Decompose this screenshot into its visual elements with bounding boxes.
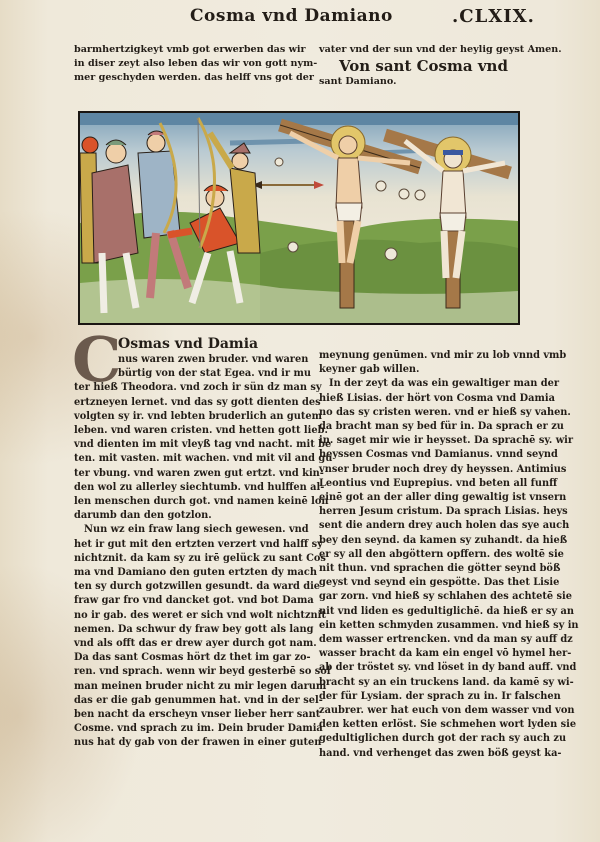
text-line: zaubrer. wer hat euch von dem wasser vnd… bbox=[319, 704, 541, 718]
text-line: gar zorn. vnd hieß sy schlahen des achte… bbox=[319, 590, 541, 604]
text-line: barmhertzigkeyt vmb got erwerben das wir bbox=[74, 43, 289, 57]
text-line: nemen. Da schwur dy fraw bey gott als la… bbox=[74, 623, 296, 637]
text-line: het ir gut mit den ertzten verzert vnd h… bbox=[74, 538, 296, 552]
text-line: sent die andern drey auch holen das sye … bbox=[319, 519, 541, 533]
text-line: volgten sy ir. vnd lebten bruderlich an … bbox=[74, 410, 296, 424]
text-line: ren. vnd sprach. wenn wir beyd gesterbē … bbox=[74, 665, 296, 679]
martyrdom-scene-image bbox=[80, 113, 518, 323]
text-line: gedultiglichen durch got der rach sy auc… bbox=[319, 732, 541, 746]
text-line: in. saget mir wie ir heysset. Da sprachē… bbox=[319, 434, 541, 448]
text-line: bracht sy an ein truckens land. da kamē … bbox=[319, 676, 541, 690]
text-line: ma vnd Damiano den guten ertzten dy mach bbox=[74, 566, 296, 580]
text-line: geyst vnd seynd ein gespötte. Das thet L… bbox=[319, 576, 541, 590]
text-line: den ketten erlöst. Sie schmehen wort lyd… bbox=[319, 718, 541, 732]
drop-cap-initial: C bbox=[72, 329, 121, 391]
text-line: sant Damiano. bbox=[319, 75, 529, 89]
text-line: vnser bruder noch drey dy heyssen. Antim… bbox=[319, 463, 541, 477]
text-line: len menschen durch got. vnd namen keinē … bbox=[74, 495, 296, 509]
text-line: leben. vnd waren cristen. vnd hetten got… bbox=[74, 424, 296, 438]
text-line: heyssen Cosmas vnd Damianus. vnnd seynd bbox=[319, 448, 541, 462]
text-line: hieß Lisias. der hört von Cosma vnd Dami… bbox=[319, 392, 541, 406]
top-left-text: barmhertzigkeyt vmb got erwerben das wir… bbox=[74, 43, 289, 85]
text-line: ben nacht da erscheyn vnser lieber herr … bbox=[74, 708, 296, 722]
left-column: C Osmas vnd Damia nus waren zwen bruder.… bbox=[74, 333, 296, 751]
text-line: er sy all den abgöttern opffern. des wol… bbox=[319, 548, 541, 562]
paragraph-start: In der zeyt da was ein gewaltiger man de… bbox=[319, 377, 541, 391]
running-head: Cosma vnd Damiano bbox=[190, 6, 393, 26]
text-line: ertzneyen lernet. vnd das sy gott diente… bbox=[74, 396, 296, 410]
text-line: da bracht man sy bed für in. Da sprach e… bbox=[319, 420, 541, 434]
woodcut-illustration bbox=[78, 111, 520, 325]
text-line: vnd als offt das er drew ayer durch got … bbox=[74, 637, 296, 651]
text-line: darumb dan den gotzlon. bbox=[74, 509, 296, 523]
text-line: bey den seynd. da kamen sy zuhandt. da h… bbox=[319, 534, 541, 548]
text-line: hand. vnd verhenget das zwen böß geyst k… bbox=[319, 747, 541, 761]
text-line: man meinen bruder nicht zu mir legen dar… bbox=[74, 680, 296, 694]
text-line: vnd dienten im mit vleyß tag vnd nacht. … bbox=[74, 438, 296, 452]
text-line: nus hat dy gab von der frawen in einer g… bbox=[74, 736, 296, 750]
main-text-columns: C Osmas vnd Damia nus waren zwen bruder.… bbox=[74, 333, 534, 773]
text-line: ten. mit vasten. mit wachen. vnd mit vil… bbox=[74, 452, 296, 466]
text-line: wasser bracht da kam ein engel vō hymel … bbox=[319, 647, 541, 661]
text-line: ten sy durch gotzwillen gesundt. da ward… bbox=[74, 580, 296, 594]
text-line: vater vnd der sun vnd der heylig geyst A… bbox=[319, 43, 529, 57]
text-line: der für Lysiam. der sprach zu in. Ir fal… bbox=[319, 690, 541, 704]
text-line: no das sy cristen weren. vnd er hieß sy … bbox=[319, 406, 541, 420]
section-heading: Von sant Cosma vnd bbox=[319, 57, 529, 75]
text-line: das er die gab genummen hat. vnd in der … bbox=[74, 694, 296, 708]
paragraph-start: Nun wz ein fraw lang siech gewesen. vnd bbox=[74, 523, 296, 537]
text-line: nit thun. vnd sprachen die götter seynd … bbox=[319, 562, 541, 576]
text-line: nit vnd liden es gedultiglichē. da hieß … bbox=[319, 605, 541, 619]
text-line: ab der tröstet sy. vnd löset in dy band … bbox=[319, 661, 541, 675]
folio-number: .CLXIX. bbox=[452, 6, 535, 27]
text-line: Cosme. vnd sprach zu im. Dein bruder Dam… bbox=[74, 722, 296, 736]
text-line: Da das sant Cosmas hört dz thet im gar z… bbox=[74, 651, 296, 665]
text-line: keyner gab willen. bbox=[319, 363, 541, 377]
text-line: ein ketten schmyden zusammen. vnd hieß s… bbox=[319, 619, 541, 633]
text-line: fraw gar fro vnd dancket got. vnd bot Da… bbox=[74, 594, 296, 608]
text-line: dem wasser ertrencken. vnd da man sy auf… bbox=[319, 633, 541, 647]
text-line: in diser zeyt also leben das wir von got… bbox=[74, 57, 289, 71]
top-right-text: vater vnd der sun vnd der heylig geyst A… bbox=[319, 43, 529, 89]
text-line: den wol zu allerley siechtumb. vnd hulff… bbox=[74, 481, 296, 495]
right-column: meynung genūmen. vnd mir zu lob vnnd vmb… bbox=[319, 333, 541, 761]
text-line: einē got an der aller ding gewaltig ist … bbox=[319, 491, 541, 505]
text-line: ter vbung. vnd waren zwen gut ertzt. vnd… bbox=[74, 467, 296, 481]
text-line: nichtznit. da kam sy zu irē gelück zu sa… bbox=[74, 552, 296, 566]
book-page: Cosma vnd Damiano .CLXIX. barmhertzigkey… bbox=[0, 0, 600, 842]
text-line: meynung genūmen. vnd mir zu lob vnnd vmb bbox=[319, 349, 541, 363]
text-line: no ir gab. des weret er sich vnd wolt ni… bbox=[74, 609, 296, 623]
text-line: herren Jesum cristum. Da sprach Lisias. … bbox=[319, 505, 541, 519]
text-line: Leontius vnd Euprepius. vnd beten all fu… bbox=[319, 477, 541, 491]
text-line: mer geschyden werden. das helff vns got … bbox=[74, 71, 289, 85]
